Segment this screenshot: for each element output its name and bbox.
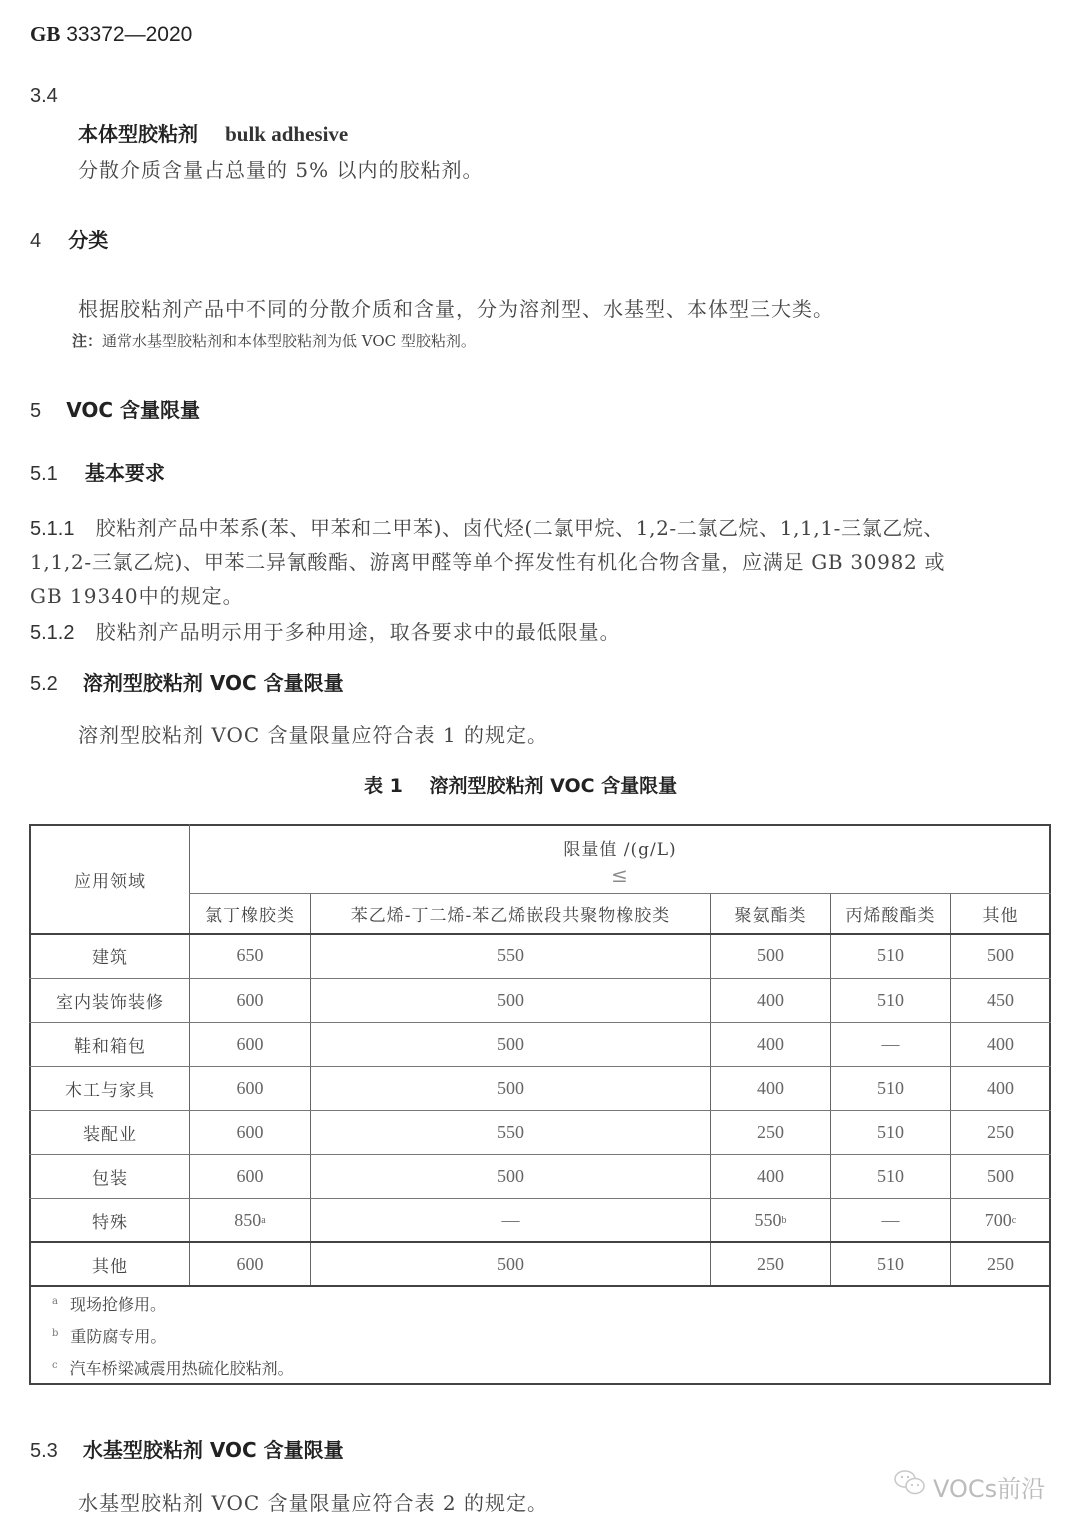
cell-value: — xyxy=(882,1034,900,1055)
note-label: 注： xyxy=(72,332,102,350)
cell-value: 700 xyxy=(985,1210,1012,1231)
table-cell: 500 xyxy=(311,1243,710,1286)
cell-value: 510 xyxy=(877,1166,904,1187)
section-5-3-title: 水基型胶粘剂 VOC 含量限量 xyxy=(83,1438,344,1462)
section-5-1-1: 5.1.1 胶粘剂产品中苯系(苯、甲苯和二甲苯)、卤代烃(二氯甲烷、1,2-二氯… xyxy=(30,512,944,541)
section-5-2-title: 溶剂型胶粘剂 VOC 含量限量 xyxy=(83,671,344,695)
cell-value: 250 xyxy=(987,1122,1014,1143)
table-cell: 500 xyxy=(951,934,1050,977)
cell-value: 600 xyxy=(237,1078,264,1099)
cell-value: 550 xyxy=(755,1210,782,1231)
section-4-body: 根据胶粘剂产品中不同的分散介质和含量，分为溶剂型、水基型、本体型三大类。 xyxy=(78,293,834,322)
table-cell: 510 xyxy=(831,1243,950,1286)
footnote-text: 汽车桥梁减震用热硫化胶粘剂。 xyxy=(70,1359,294,1378)
table-cell: 250 xyxy=(951,1111,1050,1154)
cell-value: 600 xyxy=(237,1034,264,1055)
row-field: 木工与家具 xyxy=(31,1067,189,1110)
table-cell: 500 xyxy=(311,1155,710,1198)
table-cell: 700c xyxy=(951,1199,1050,1242)
table-cell: 850a xyxy=(190,1199,310,1242)
table-cell: 650 xyxy=(190,934,310,977)
section-5-2-body: 溶剂型胶粘剂 VOC 含量限量应符合表 1 的规定。 xyxy=(78,719,548,748)
cell-value: 450 xyxy=(987,990,1014,1011)
standard-header: GB 33372—2020 xyxy=(30,22,192,47)
standard-number: 33372—2020 xyxy=(66,23,192,46)
table-cell: 500 xyxy=(311,1023,710,1066)
footnote-a: a现场抢修用。 xyxy=(52,1292,166,1315)
section-4-note: 注：通常水基型胶粘剂和本体型胶粘剂为低 VOC 型胶粘剂。 xyxy=(72,330,476,351)
table-number: 表 1 xyxy=(364,775,403,797)
section-5-1-2: 5.1.2 胶粘剂产品明示用于多种用途，取各要求中的最低限量。 xyxy=(30,616,621,645)
table-cell: 510 xyxy=(831,1111,950,1154)
cell-value: 400 xyxy=(987,1078,1014,1099)
row-field: 装配业 xyxy=(31,1111,189,1154)
cell-value: 600 xyxy=(237,1166,264,1187)
table-cell: 550b xyxy=(711,1199,830,1242)
cell-value: 500 xyxy=(987,945,1014,966)
footnote-mark: c xyxy=(52,1360,58,1371)
section-5-3-number: 5.3 xyxy=(30,1440,58,1462)
table-cell: 500 xyxy=(311,1067,710,1110)
table-cell: 600 xyxy=(190,1023,310,1066)
group-header: 限量值 /(g/L) xyxy=(190,826,1050,860)
section-3-4-number: 3.4 xyxy=(30,85,58,108)
cell-value: 500 xyxy=(497,1078,524,1099)
section-5-1-heading: 5.1 基本要求 xyxy=(30,457,165,486)
col-header-polyurethane: 聚氨酯类 xyxy=(711,894,830,933)
cell-value: 500 xyxy=(497,1254,524,1275)
table-cell: 400 xyxy=(711,1155,830,1198)
cell-value: 850 xyxy=(234,1210,261,1231)
table-cell: 550 xyxy=(311,934,710,977)
cell-value: 650 xyxy=(237,945,264,966)
section-5-1-2-text: 胶粘剂产品明示用于多种用途，取各要求中的最低限量。 xyxy=(96,620,621,644)
table-cell: 400 xyxy=(711,979,830,1022)
table-cell: 400 xyxy=(951,1023,1050,1066)
cell-value: 400 xyxy=(757,1078,784,1099)
watermark: VOCs前沿 xyxy=(893,1468,1045,1504)
table-cell: — xyxy=(831,1199,950,1242)
table-cell: 600 xyxy=(190,1243,310,1286)
cell-value: 500 xyxy=(757,945,784,966)
less-equal-symbol: ≤ xyxy=(190,860,1050,890)
row-header: 应用领域 xyxy=(31,826,189,933)
table-cell: — xyxy=(831,1023,950,1066)
section-5-heading: 5 VOC 含量限量 xyxy=(30,394,200,423)
col-header-other: 其他 xyxy=(951,894,1050,933)
cell-value: 400 xyxy=(757,990,784,1011)
section-4-title: 分类 xyxy=(68,228,108,252)
cell-value: 500 xyxy=(987,1166,1014,1187)
footnote-text: 现场抢修用。 xyxy=(70,1295,166,1314)
cell-value: — xyxy=(502,1210,520,1231)
section-4-heading: 4 分类 xyxy=(30,224,108,253)
footnote-b: b重防腐专用。 xyxy=(52,1324,166,1347)
cell-value: 400 xyxy=(757,1034,784,1055)
cell-value: 250 xyxy=(757,1122,784,1143)
section-5-1-1-number: 5.1.1 xyxy=(30,518,74,540)
cell-value: 550 xyxy=(497,945,524,966)
cell-value: 510 xyxy=(877,1122,904,1143)
cell-value: 500 xyxy=(497,1166,524,1187)
row-field: 室内装饰装修 xyxy=(31,979,189,1022)
cell-value: 250 xyxy=(987,1254,1014,1275)
table-cell: 600 xyxy=(190,1111,310,1154)
col-header-acrylic: 丙烯酸酯类 xyxy=(831,894,950,933)
section-5-number: 5 xyxy=(30,400,41,422)
section-5-1-2-number: 5.1.2 xyxy=(30,622,74,644)
footnote-ref: c xyxy=(1012,1215,1016,1226)
table-title: 溶剂型胶粘剂 VOC 含量限量 xyxy=(429,775,677,797)
cell-value: 550 xyxy=(497,1122,524,1143)
table-cell: 510 xyxy=(831,934,950,977)
section-3-4-term: 本体型胶粘剂 bulk adhesive xyxy=(78,118,348,147)
section-3-4-definition: 分散介质含量占总量的 5% 以内的胶粘剂。 xyxy=(78,154,483,183)
footnote-text: 重防腐专用。 xyxy=(70,1327,166,1346)
row-field: 鞋和箱包 xyxy=(31,1023,189,1066)
table-cell: 510 xyxy=(831,1067,950,1110)
cell-value: 500 xyxy=(497,990,524,1011)
footnote-ref: b xyxy=(782,1215,787,1226)
cell-value: 600 xyxy=(237,990,264,1011)
cell-value: 600 xyxy=(237,1122,264,1143)
section-5-title: VOC 含量限量 xyxy=(66,398,200,422)
cell-value: 510 xyxy=(877,1254,904,1275)
table-cell: — xyxy=(311,1199,710,1242)
col-header-chloroprene: 氯丁橡胶类 xyxy=(190,894,310,933)
cell-value: 600 xyxy=(237,1254,264,1275)
cell-value: 510 xyxy=(877,1078,904,1099)
table-1-caption: 表 1 溶剂型胶粘剂 VOC 含量限量 xyxy=(364,771,677,798)
section-5-1-1-line2: 1,1,2-三氯乙烷)、甲苯二异氰酸酯、游离甲醛等单个挥发性有机化合物含量，应满… xyxy=(30,546,945,575)
table-cell: 600 xyxy=(190,979,310,1022)
section-5-1-1-line1: 胶粘剂产品中苯系(苯、甲苯和二甲苯)、卤代烃(二氯甲烷、1,2-二氯乙烷、1,1… xyxy=(96,516,944,540)
footnote-mark: a xyxy=(52,1296,58,1307)
row-field: 建筑 xyxy=(31,934,189,977)
cell-value: 510 xyxy=(877,945,904,966)
table-cell: 400 xyxy=(951,1067,1050,1110)
term-cn: 本体型胶粘剂 xyxy=(78,122,198,146)
table-cell: 600 xyxy=(190,1067,310,1110)
term-en: bulk adhesive xyxy=(225,122,348,146)
table-cell: 550 xyxy=(311,1111,710,1154)
table-cell: 510 xyxy=(831,979,950,1022)
cell-value: 250 xyxy=(757,1254,784,1275)
section-5-3-body: 水基型胶粘剂 VOC 含量限量应符合表 2 的规定。 xyxy=(78,1487,548,1516)
table-cell: 250 xyxy=(711,1111,830,1154)
cell-value: 400 xyxy=(987,1034,1014,1055)
table-cell: 400 xyxy=(711,1067,830,1110)
table-cell: 510 xyxy=(831,1155,950,1198)
section-5-1-1-line3: GB 19340中的规定。 xyxy=(30,580,244,609)
wechat-icon xyxy=(893,1468,927,1504)
table-cell: 600 xyxy=(190,1155,310,1198)
table-cell: 250 xyxy=(711,1243,830,1286)
footnote-mark: b xyxy=(52,1328,58,1339)
cell-value: 400 xyxy=(757,1166,784,1187)
cell-value: 510 xyxy=(877,990,904,1011)
row-field: 特殊 xyxy=(31,1199,189,1242)
section-5-2-number: 5.2 xyxy=(30,673,58,695)
section-4-number: 4 xyxy=(30,230,41,252)
section-5-3-heading: 5.3 水基型胶粘剂 VOC 含量限量 xyxy=(30,1434,344,1463)
cell-value: — xyxy=(882,1210,900,1231)
row-field: 包装 xyxy=(31,1155,189,1198)
cell-value: 500 xyxy=(497,1034,524,1055)
table-cell: 500 xyxy=(951,1155,1050,1198)
table-cell: 450 xyxy=(951,979,1050,1022)
section-5-1-title: 基本要求 xyxy=(85,461,165,485)
footnote-c: c汽车桥梁减震用热硫化胶粘剂。 xyxy=(52,1356,294,1379)
col-header-sbs: 苯乙烯-丁二烯-苯乙烯嵌段共聚物橡胶类 xyxy=(311,894,710,933)
table-cell: 500 xyxy=(311,979,710,1022)
row-field: 其他 xyxy=(31,1243,189,1286)
standard-prefix: GB xyxy=(30,22,60,46)
section-5-1-number: 5.1 xyxy=(30,463,58,485)
section-5-2-heading: 5.2 溶剂型胶粘剂 VOC 含量限量 xyxy=(30,667,344,696)
watermark-text: VOCs前沿 xyxy=(933,1469,1045,1504)
table-cell: 400 xyxy=(711,1023,830,1066)
table-cell: 250 xyxy=(951,1243,1050,1286)
table-cell: 500 xyxy=(711,934,830,977)
note-text: 通常水基型胶粘剂和本体型胶粘剂为低 VOC 型胶粘剂。 xyxy=(102,332,476,350)
footnote-ref: a xyxy=(261,1215,265,1226)
